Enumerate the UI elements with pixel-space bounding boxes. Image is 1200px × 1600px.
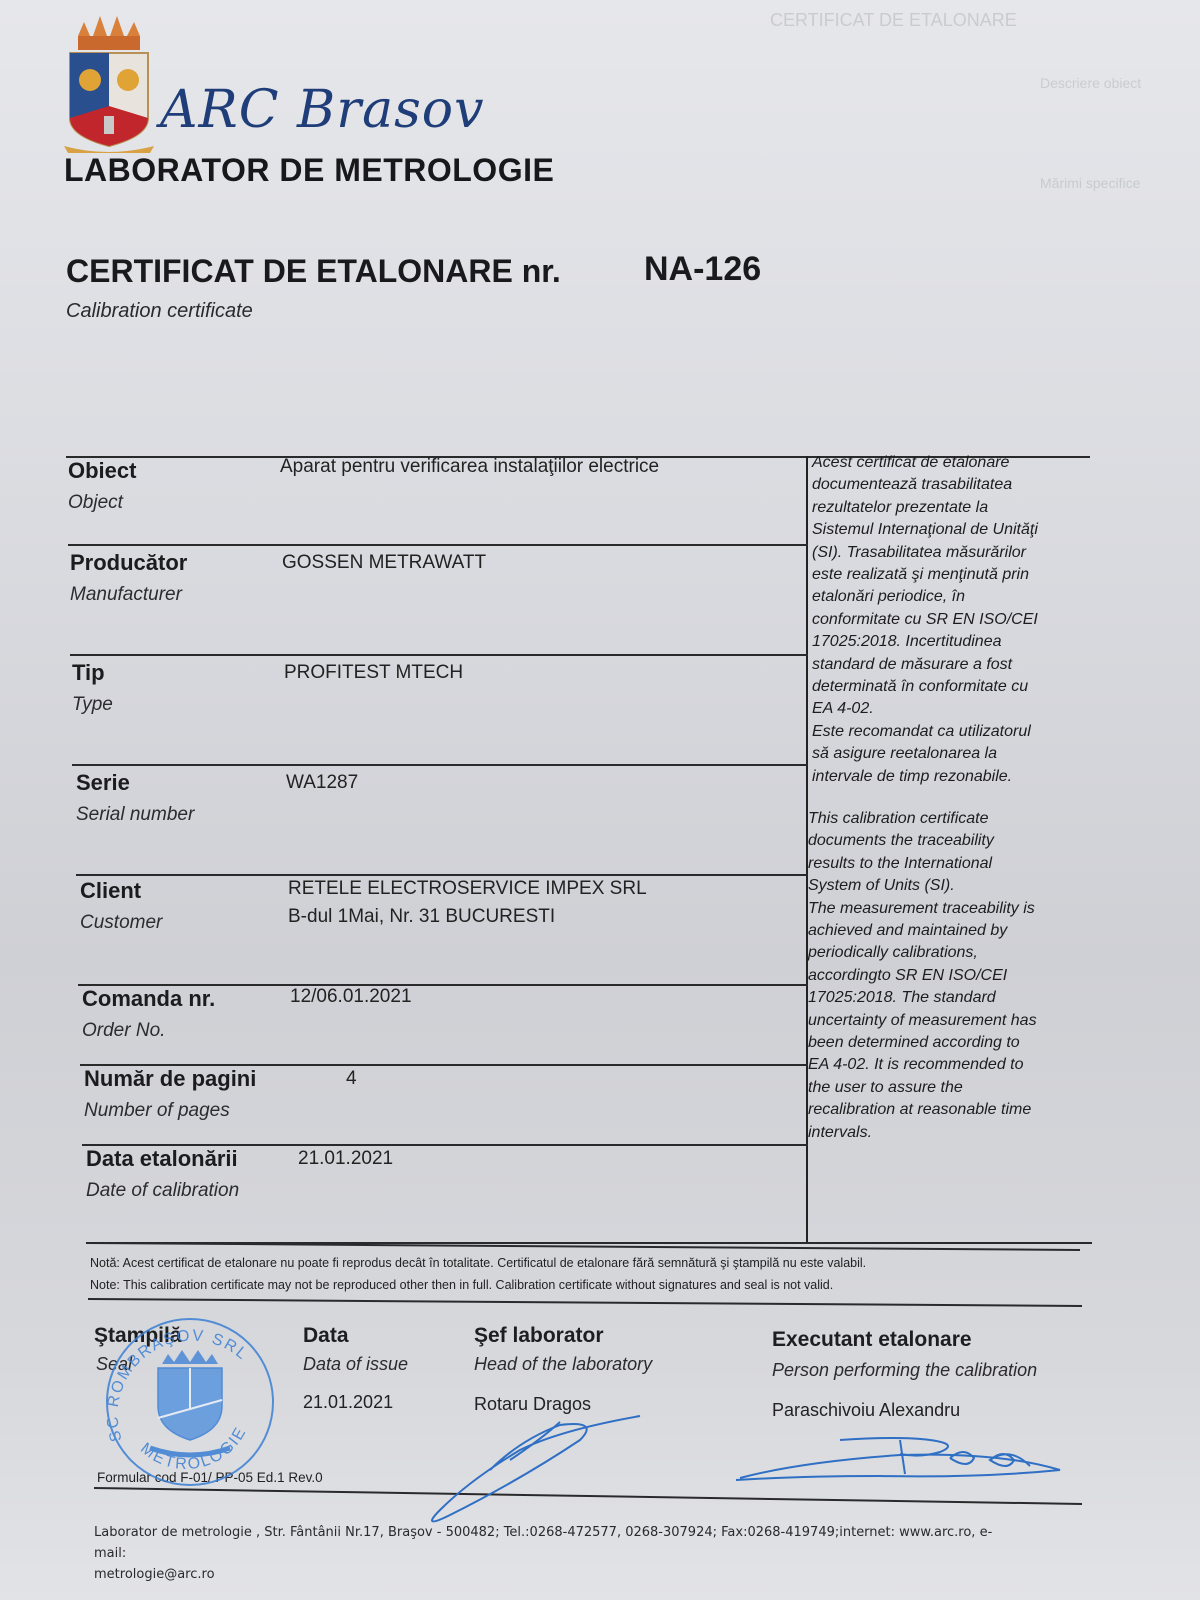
certificate-number: NA-126	[644, 250, 761, 289]
traceability-line: intervale de timp rezonabile.	[812, 766, 1092, 788]
divider	[94, 1488, 1082, 1504]
issue-date-label-en: Data of issue	[303, 1354, 408, 1375]
show-through-text: Descriere obiect	[1040, 75, 1141, 91]
traceability-line: The measurement traceability is	[808, 898, 1088, 920]
traceability-line: periodically calibrations,	[808, 942, 1088, 964]
field-value-pages: 4	[346, 1068, 357, 1090]
issue-date-value: 21.01.2021	[303, 1392, 393, 1413]
traceability-line: este realizată şi menţinută prin	[812, 564, 1092, 586]
footer-address: Laborator de metrologie , Str. Fântânii …	[94, 1522, 1014, 1564]
field-label-en: Order No.	[82, 1020, 215, 1042]
traceability-line: rezultatelor prezentate la	[812, 497, 1092, 519]
divider	[72, 764, 808, 766]
divider	[86, 1242, 1092, 1244]
footer-email: metrologie@arc.ro	[94, 1564, 1014, 1585]
field-value-calibration-date: 21.01.2021	[298, 1148, 393, 1170]
stamp-text-bottom: METROLOGIE	[137, 1424, 250, 1474]
seal-label: Ştampilă	[94, 1324, 182, 1348]
divider	[68, 544, 808, 546]
field-manufacturer: Producător Manufacturer	[70, 550, 187, 606]
field-serial: Serie Serial number	[76, 770, 194, 826]
field-value-order: 12/06.01.2021	[290, 986, 412, 1008]
field-label-en: Object	[68, 492, 136, 514]
traceability-line: documents the traceability	[808, 830, 1088, 852]
traceability-line: been determined according to	[808, 1032, 1088, 1054]
field-order: Comanda nr. Order No.	[82, 986, 215, 1042]
executant-name: Paraschivoiu Alexandru	[772, 1400, 960, 1421]
note-ro: Notă: Acest certificat de etalonare nu p…	[90, 1252, 866, 1274]
certificate-details-table: Obiect Object Aparat pentru verificarea …	[66, 456, 1090, 1246]
form-code: Formular cod F-01/ PP-05 Ed.1 Rev.0	[97, 1470, 323, 1485]
executant-signature	[736, 1438, 1060, 1480]
field-value-manufacturer: GOSSEN METRAWATT	[282, 552, 486, 574]
brand-name: ARC Brasov	[160, 80, 484, 140]
crown-icon	[78, 16, 140, 50]
traceability-line: achieved and maintained by	[808, 920, 1088, 942]
coat-of-arms-logo	[58, 8, 158, 153]
divider	[70, 654, 808, 656]
field-value-type: PROFITEST MTECH	[284, 662, 463, 684]
field-calibration-date: Data etalonării Date of calibration	[86, 1146, 239, 1202]
field-label: Serie	[76, 770, 194, 796]
field-pages: Număr de pagini Number of pages	[84, 1066, 256, 1122]
field-label: Producător	[70, 550, 187, 576]
field-object: Obiect Object	[68, 458, 136, 514]
issue-date-label: Data	[303, 1324, 349, 1348]
head-of-lab-label-en: Head of the laboratory	[474, 1354, 652, 1375]
field-customer: Client Customer	[80, 878, 162, 934]
field-label-en: Date of calibration	[86, 1180, 239, 1202]
traceability-line: recalibration at reasonable time	[808, 1099, 1088, 1121]
validity-notes: Notă: Acest certificat de etalonare nu p…	[90, 1252, 866, 1296]
certificate-subtitle: Calibration certificate	[66, 300, 253, 323]
traceability-line: EA 4-02.	[812, 698, 1092, 720]
traceability-statement-ro: Acest certificat de etalonaredocumenteaz…	[812, 452, 1092, 788]
traceability-line: EA 4-02. It is recommended to	[808, 1054, 1088, 1076]
traceability-line: conformitate cu SR EN ISO/CEI	[812, 609, 1092, 631]
note-en: Note: This calibration certificate may n…	[90, 1274, 866, 1296]
head-of-lab-name: Rotaru Dragos	[474, 1394, 591, 1415]
traceability-line: This calibration certificate	[808, 808, 1088, 830]
executant-label: Executant etalonare	[772, 1328, 972, 1352]
field-label: Număr de pagini	[84, 1066, 256, 1092]
field-label-en: Type	[72, 694, 113, 716]
traceability-line: (SI). Trasabilitatea măsurărilor	[812, 542, 1092, 564]
traceability-line: Sistemul Internaţional de Unităţi	[812, 519, 1092, 541]
traceability-line: documentează trasabilitatea	[812, 474, 1092, 496]
field-value-object: Aparat pentru verificarea instalaţiilor …	[280, 456, 659, 478]
field-value-customer: RETELE ELECTROSERVICE IMPEX SRL	[288, 878, 647, 900]
field-label: Client	[80, 878, 162, 904]
traceability-line: accordingto SR EN ISO/CEI	[808, 965, 1088, 987]
traceability-line: 17025:2018. Incertitudinea	[812, 631, 1092, 653]
certificate-title: CERTIFICAT DE ETALONARE nr.	[66, 253, 561, 290]
field-label: Obiect	[68, 458, 136, 484]
divider	[88, 1299, 1082, 1306]
traceability-line: intervals.	[808, 1122, 1088, 1144]
field-label-en: Customer	[80, 912, 162, 934]
field-label-en: Number of pages	[84, 1100, 256, 1122]
lab-contact-footer: Laborator de metrologie , Str. Fântânii …	[94, 1522, 1014, 1585]
field-value-serial: WA1287	[286, 772, 358, 794]
traceability-line: etalonări periodice, în	[812, 586, 1092, 608]
field-label-en: Serial number	[76, 804, 194, 826]
lab-title: LABORATOR DE METROLOGIE	[64, 152, 554, 189]
field-label-en: Manufacturer	[70, 584, 187, 606]
traceability-line: System of Units (SI).	[808, 875, 1088, 897]
head-of-lab-label: Şef laborator	[474, 1324, 604, 1348]
field-label: Tip	[72, 660, 113, 686]
traceability-line: results to the International	[808, 853, 1088, 875]
traceability-line: the user to assure the	[808, 1077, 1088, 1099]
executant-label-en: Person performing the calibration	[772, 1360, 1037, 1381]
head-of-lab-signature	[432, 1416, 640, 1521]
traceability-statement-en: This calibration certificatedocuments th…	[808, 808, 1088, 1144]
svg-text:METROLOGIE: METROLOGIE	[137, 1424, 250, 1474]
seal-label-en: Seal	[96, 1354, 132, 1375]
field-label: Comanda nr.	[82, 986, 215, 1012]
traceability-line: 17025:2018. The standard	[808, 987, 1088, 1009]
traceability-line: uncertainty of measurement has	[808, 1010, 1088, 1032]
traceability-line: Este recomandat ca utilizatorul	[812, 721, 1092, 743]
traceability-line: standard de măsurare a fost	[812, 654, 1092, 676]
field-label: Data etalonării	[86, 1146, 239, 1172]
show-through-text: Mărimi specifice	[1040, 175, 1140, 191]
traceability-line: determinată în conformitate cu	[812, 676, 1092, 698]
field-type: Tip Type	[72, 660, 113, 716]
divider	[76, 874, 808, 876]
traceability-line: să asigure reetalonarea la	[812, 743, 1092, 765]
field-value-customer-address: B-dul 1Mai, Nr. 31 BUCURESTI	[288, 906, 555, 928]
traceability-line: Acest certificat de etalonare	[812, 452, 1092, 474]
show-through-text: CERTIFICAT DE ETALONARE	[770, 10, 1017, 31]
